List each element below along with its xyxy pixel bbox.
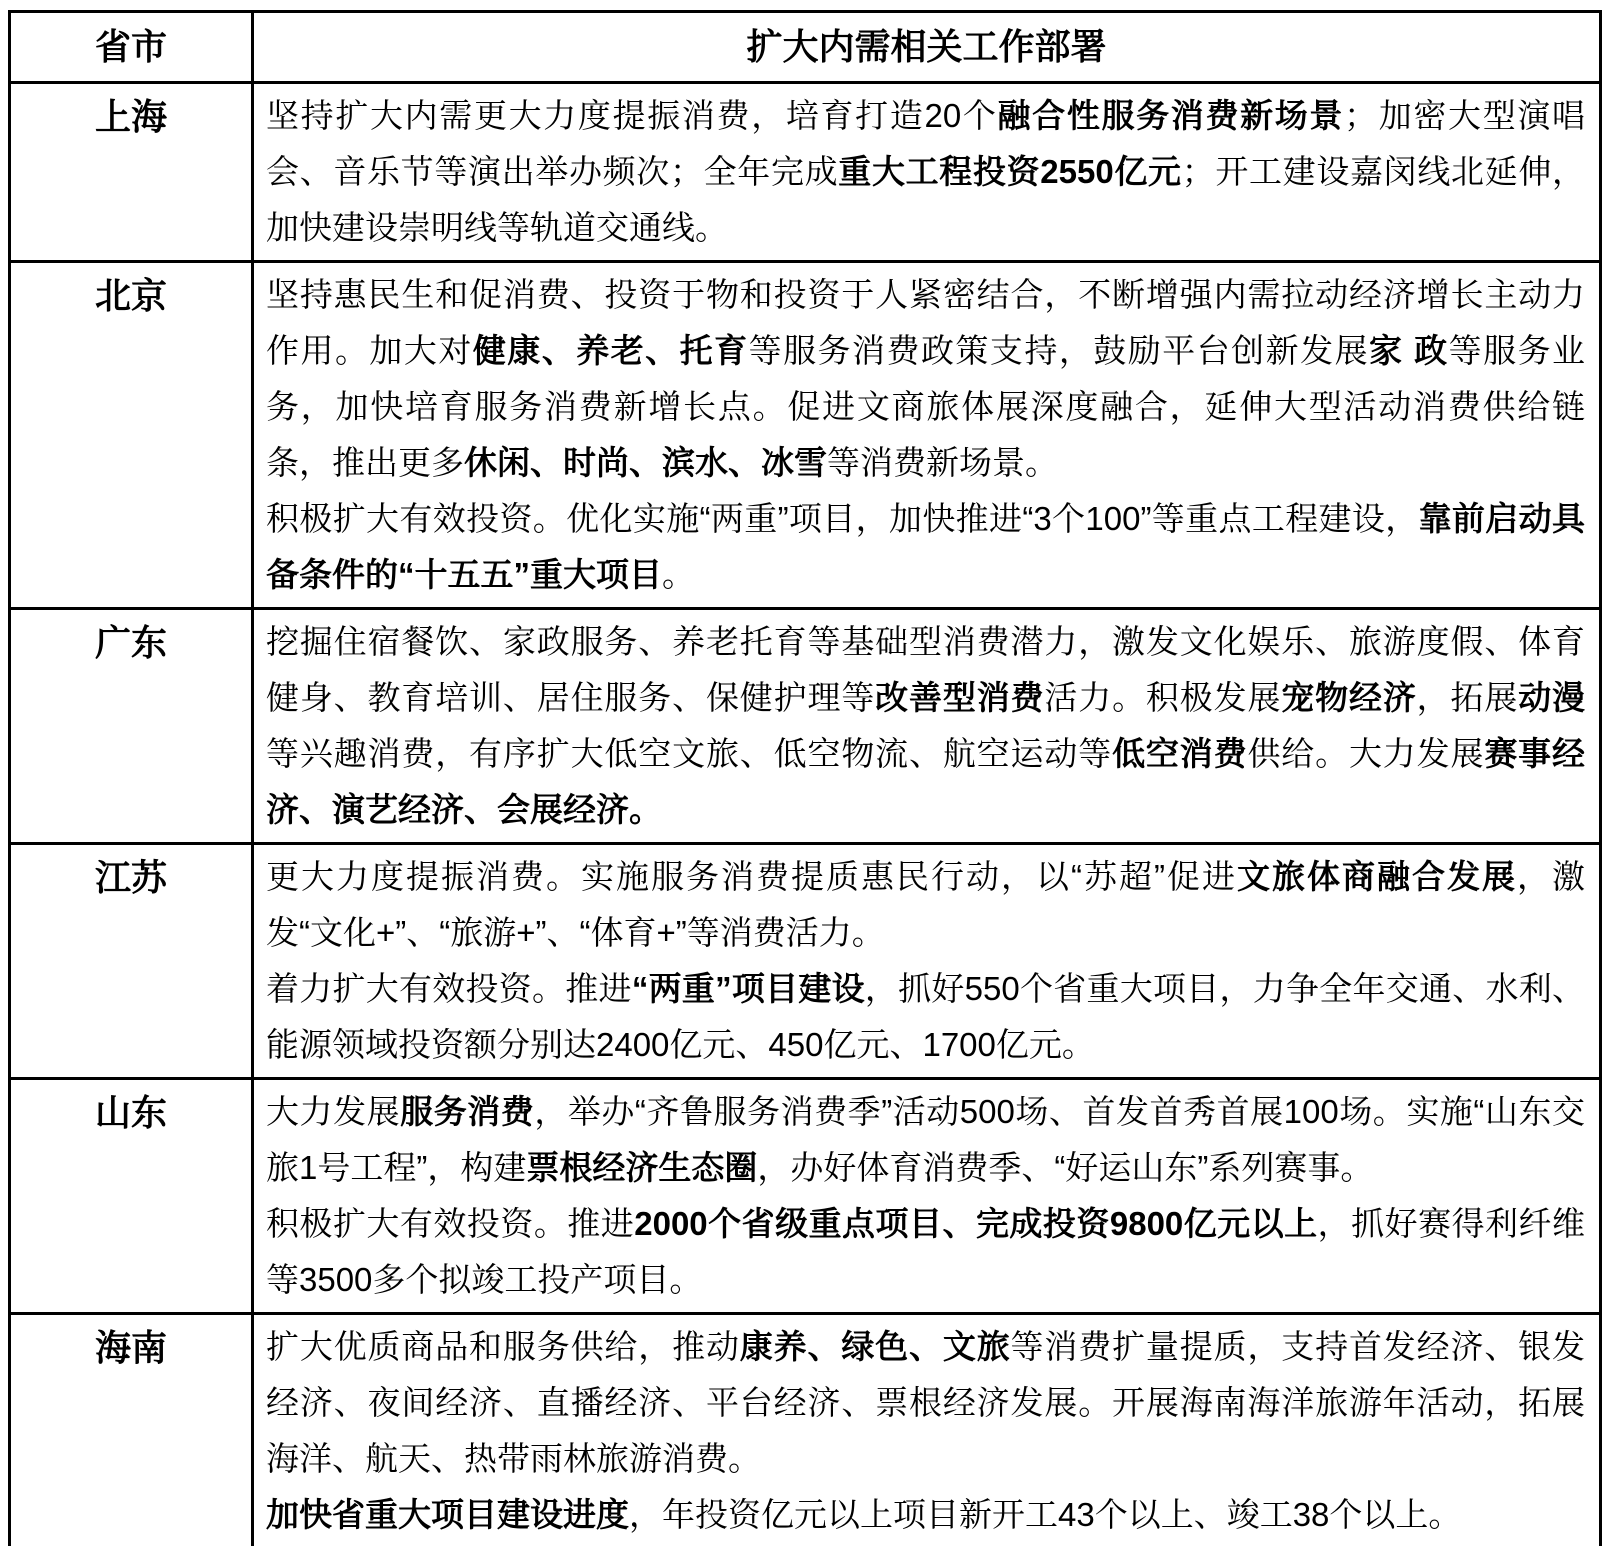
deployment-paragraph: 更大力度提振消费。实施服务消费提质惠民行动，以“苏超”促进文旅体商融合发展，激发… (266, 849, 1585, 961)
text-segment: ，年投资亿元以上项目新开工43个以上、竣工38个以上。 (629, 1496, 1461, 1533)
bold-text-segment: 文旅体商融合发展 (1237, 858, 1517, 895)
header-deployment: 扩大内需相关工作部署 (253, 12, 1601, 83)
text-segment: 。 (662, 556, 695, 593)
deployment-cell: 扩大优质商品和服务供给，推动康养、绿色、文旅等消费扩量提质，支持首发经济、银发经… (253, 1314, 1601, 1546)
deployment-paragraph: 加快省重大项目建设进度，年投资亿元以上项目新开工43个以上、竣工38个以上。 (266, 1487, 1585, 1543)
province-cell: 山东 (10, 1079, 253, 1314)
deployment-paragraph: 积极扩大有效投资。推进2000个省级重点项目、完成投资9800亿元以上，抓好赛得… (266, 1196, 1585, 1308)
bold-text-segment: 休闲、时尚、滨水、冰雪 (464, 444, 827, 481)
bold-text-segment: 宠物经济 (1281, 679, 1416, 716)
deployment-paragraph: 大力发展服务消费，举办“齐鲁服务消费季”活动500场、首发首秀首展100场。实施… (266, 1084, 1585, 1196)
deployment-table: 省市 扩大内需相关工作部署 上海坚持扩大内需更大力度提振消费，培育打造20个融合… (8, 10, 1602, 1546)
bold-text-segment: 改善型消费 (875, 679, 1044, 716)
table-body: 上海坚持扩大内需更大力度提振消费，培育打造20个融合性服务消费新场景；加密大型演… (10, 83, 1601, 1546)
deployment-cell: 更大力度提振消费。实施服务消费提质惠民行动，以“苏超”促进文旅体商融合发展，激发… (253, 844, 1601, 1079)
bold-text-segment: 2000个省级重点项目、完成投资9800亿元以上 (634, 1205, 1317, 1242)
bold-text-segment: 重大工程投资2550亿元 (838, 153, 1181, 190)
bold-text-segment: 动漫 (1518, 679, 1585, 716)
province-cell: 海南 (10, 1314, 253, 1546)
province-cell: 江苏 (10, 844, 253, 1079)
text-segment: 等服务消费政策支持，鼓励平台创新发展 (749, 332, 1369, 369)
bold-text-segment: 健康、养老、托育 (473, 332, 749, 369)
table-row: 海南扩大优质商品和服务供给，推动康养、绿色、文旅等消费扩量提质，支持首发经济、银… (10, 1314, 1601, 1546)
text-segment: ，拓展 (1417, 679, 1519, 716)
deployment-paragraph: 扩大优质商品和服务供给，推动康养、绿色、文旅等消费扩量提质，支持首发经济、银发经… (266, 1319, 1585, 1487)
province-cell: 北京 (10, 262, 253, 609)
deployment-cell: 坚持惠民生和促消费、投资于物和投资于人紧密结合，不断增强内需拉动经济增长主动力作… (253, 262, 1601, 609)
bold-text-segment: 家 政 (1369, 332, 1449, 369)
text-segment: 扩大优质商品和服务供给，推动 (266, 1328, 740, 1365)
header-province: 省市 (10, 12, 253, 83)
table-row: 广东挖掘住宿餐饮、家政服务、养老托育等基础型消费潜力，激发文化娱乐、旅游度假、体… (10, 609, 1601, 844)
deployment-paragraph: 坚持扩大内需更大力度提振消费，培育打造20个融合性服务消费新场景；加密大型演唱会… (266, 88, 1585, 256)
bold-text-segment: 票根经济生态圈 (526, 1149, 757, 1186)
table-header: 省市 扩大内需相关工作部署 (10, 12, 1601, 83)
text-segment: 活力。积极发展 (1044, 679, 1281, 716)
table-row: 江苏更大力度提振消费。实施服务消费提质惠民行动，以“苏超”促进文旅体商融合发展，… (10, 844, 1601, 1079)
table-row: 山东大力发展服务消费，举办“齐鲁服务消费季”活动500场、首发首秀首展100场。… (10, 1079, 1601, 1314)
bold-text-segment: 康养、绿色、文旅 (740, 1328, 1011, 1365)
deployment-paragraph: 挖掘住宿餐饮、家政服务、养老托育等基础型消费潜力，激发文化娱乐、旅游度假、体育健… (266, 614, 1585, 838)
bold-text-segment: 融合性服务消费新场景 (998, 97, 1345, 134)
table-row: 北京坚持惠民生和促消费、投资于物和投资于人紧密结合，不断增强内需拉动经济增长主动… (10, 262, 1601, 609)
deployment-cell: 大力发展服务消费，举办“齐鲁服务消费季”活动500场、首发首秀首展100场。实施… (253, 1079, 1601, 1314)
bold-text-segment: “两重”项目建设 (632, 970, 865, 1007)
text-segment: 等兴趣消费，有序扩大低空文旅、低空物流、航空运动等 (266, 735, 1112, 772)
text-segment: ，办好体育消费季、“好运山东”系列赛事。 (757, 1149, 1373, 1186)
text-segment: 供给。大力发展 (1247, 735, 1484, 772)
bold-text-segment: 低空消费 (1112, 735, 1247, 772)
bold-text-segment: 服务消费 (400, 1093, 534, 1130)
deployment-paragraph: 坚持惠民生和促消费、投资于物和投资于人紧密结合，不断增强内需拉动经济增长主动力作… (266, 267, 1585, 491)
text-segment: 等消费新场景。 (827, 444, 1058, 481)
header-row: 省市 扩大内需相关工作部署 (10, 12, 1601, 83)
province-cell: 上海 (10, 83, 253, 262)
text-segment: 积极扩大有效投资。优化实施“两重”项目，加快推进“3个100”等重点工程建设， (266, 500, 1419, 537)
text-segment: 大力发展 (266, 1093, 400, 1130)
text-segment: 积极扩大有效投资。推进 (266, 1205, 634, 1242)
deployment-cell: 坚持扩大内需更大力度提振消费，培育打造20个融合性服务消费新场景；加密大型演唱会… (253, 83, 1601, 262)
text-segment: 着力扩大有效投资。推进 (266, 970, 632, 1007)
province-cell: 广东 (10, 609, 253, 844)
bold-text-segment: 加快省重大项目建设进度 (266, 1496, 629, 1533)
deployment-paragraph: 着力扩大有效投资。推进“两重”项目建设，抓好550个省重大项目，力争全年交通、水… (266, 961, 1585, 1073)
text-segment: 更大力度提振消费。实施服务消费提质惠民行动，以“苏超”促进 (266, 858, 1237, 895)
deployment-paragraph: 积极扩大有效投资。优化实施“两重”项目，加快推进“3个100”等重点工程建设，靠… (266, 491, 1585, 603)
deployment-cell: 挖掘住宿餐饮、家政服务、养老托育等基础型消费潜力，激发文化娱乐、旅游度假、体育健… (253, 609, 1601, 844)
deployment-table-wrapper: 省市 扩大内需相关工作部署 上海坚持扩大内需更大力度提振消费，培育打造20个融合… (8, 10, 1602, 1546)
table-row: 上海坚持扩大内需更大力度提振消费，培育打造20个融合性服务消费新场景；加密大型演… (10, 83, 1601, 262)
text-segment: 坚持扩大内需更大力度提振消费，培育打造20个 (266, 97, 998, 134)
